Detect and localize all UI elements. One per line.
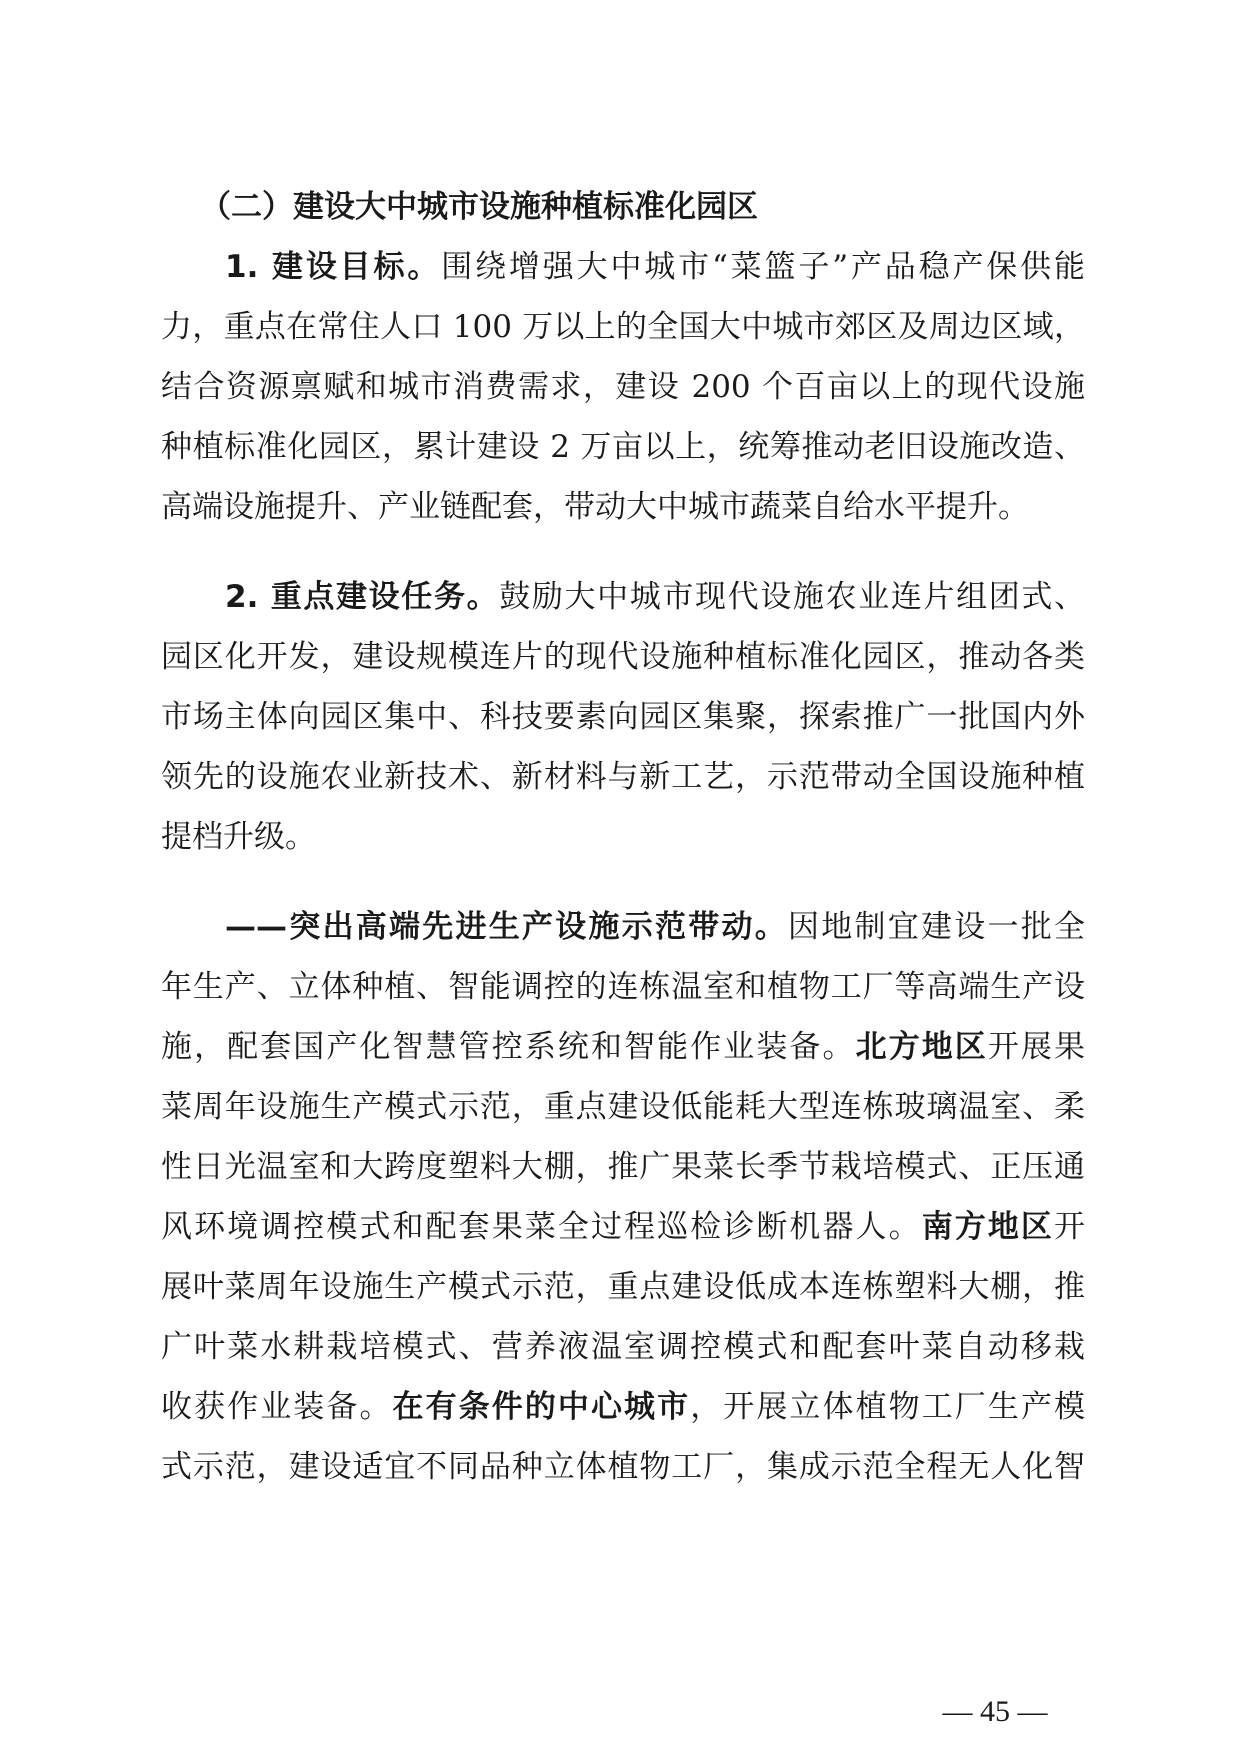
paragraph-2-line-5: 提档升级。 <box>161 814 1085 860</box>
paragraph-3-line-6: 风环境调控模式和配套果菜全过程巡检诊断机器人。南方地区开 <box>161 1204 1085 1250</box>
north-region-label: 北方地区 <box>856 1029 988 1065</box>
paragraph-1-line-2: 力，重点在常住人口 100 万以上的全国大中城市郊区及周边区域， <box>161 304 1085 350</box>
paragraph-3-line-5: 性日光温室和大跨度塑料大棚，推广果菜长季节栽培模式、正压通 <box>161 1144 1085 1190</box>
paragraph-3-line-10: 式示范，建设适宜不同品种立体植物工厂，集成示范全程无人化智 <box>161 1444 1085 1490</box>
paragraph-1-lead: 1. 建设目标。 <box>225 249 441 285</box>
paragraph-2-lead: 2. 重点建设任务。 <box>225 579 499 615</box>
paragraph-3-line-4: 菜周年设施生产模式示范，重点建设低能耗大型连栋玻璃温室、柔 <box>161 1084 1085 1130</box>
paragraph-1-line-1: 1. 建设目标。围绕增强大中城市“菜篮子”产品稳产保供能 <box>225 244 1085 290</box>
paragraph-1-line-5: 高端设施提升、产业链配套，带动大中城市蔬菜自给水平提升。 <box>161 484 1085 530</box>
paragraph-1-line-3: 结合资源禀赋和城市消费需求，建设 200 个百亩以上的现代设施 <box>161 364 1085 410</box>
paragraph-2-line-4: 领先的设施农业新技术、新材料与新工艺，示范带动全国设施种植 <box>161 754 1085 800</box>
paragraph-2-line-1: 2. 重点建设任务。鼓励大中城市现代设施农业连片组团式、 <box>225 574 1085 620</box>
paragraph-2-line-3: 市场主体向园区集中、科技要素向园区集聚，探索推广一批国内外 <box>161 694 1085 740</box>
page-number: — 45 — <box>935 1692 1055 1732</box>
paragraph-3-line-8: 广叶菜水耕栽培模式、营养液温室调控模式和配套叶菜自动移栽 <box>161 1324 1085 1370</box>
paragraph-3-line-7: 展叶菜周年设施生产模式示范，重点建设低成本连栋塑料大棚，推 <box>161 1264 1085 1310</box>
paragraph-3-line-3: 施，配套国产化智慧管控系统和智能作业装备。北方地区开展果 <box>161 1024 1085 1070</box>
paragraph-3-line-1: ——突出高端先进生产设施示范带动。因地制宜建设一批全 <box>225 904 1085 950</box>
document-page: （二）建设大中城市设施种植标准化园区 1. 建设目标。围绕增强大中城市“菜篮子”… <box>0 0 1240 1754</box>
paragraph-3-line-2: 年生产、立体种植、智能调控的连栋温室和植物工厂等高端生产设 <box>161 964 1085 1010</box>
paragraph-3-lead: ——突出高端先进生产设施示范带动。 <box>225 909 788 945</box>
paragraph-1-line-4: 种植标准化园区，累计建设 2 万亩以上，统筹推动老旧设施改造、 <box>161 424 1085 470</box>
paragraph-3-line-9: 收获作业装备。在有条件的中心城市，开展立体植物工厂生产模 <box>161 1384 1085 1430</box>
paragraph-2-line-2: 园区化开发，建设规模连片的现代设施种植标准化园区，推动各类 <box>161 634 1085 680</box>
section-heading: （二）建设大中城市设施种植标准化园区 <box>200 184 1124 230</box>
central-cities-label: 在有条件的中心城市 <box>393 1389 691 1425</box>
south-region-label: 南方地区 <box>922 1209 1054 1245</box>
